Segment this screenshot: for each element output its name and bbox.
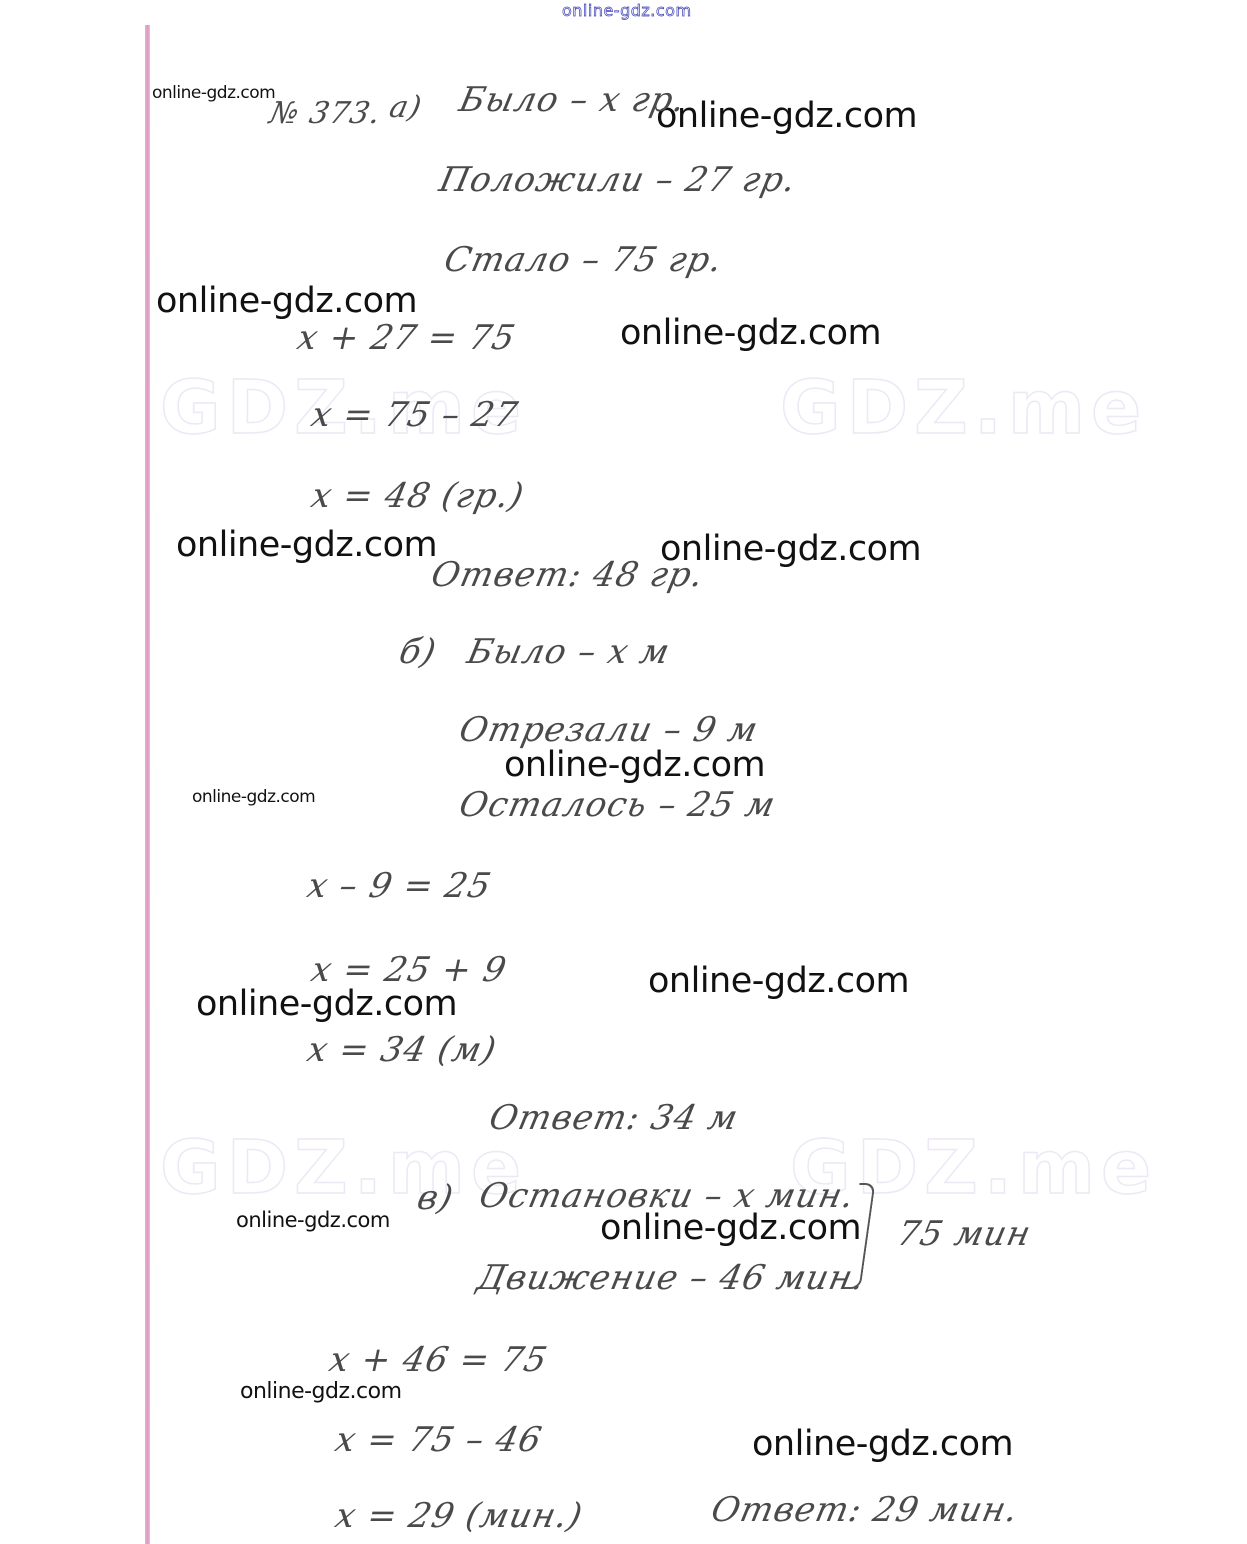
part-c-line: Движение – 46 мин. — [474, 1258, 869, 1298]
part-a-equation: x = 75 – 27 — [308, 395, 522, 435]
part-a-line: Было – x гр. — [456, 80, 690, 120]
watermark: online-gdz.com — [176, 525, 437, 565]
part-c-line: Остановки – x мин. — [476, 1176, 859, 1216]
part-c-equation: x = 75 – 46 — [332, 1420, 546, 1460]
part-a-label: а) — [386, 90, 425, 125]
part-c-answer: Ответ: 29 мин. — [708, 1490, 1022, 1530]
part-b-answer: Ответ: 34 м — [486, 1098, 742, 1138]
watermark: online-gdz.com — [504, 745, 765, 785]
part-c-equation: x = 29 (мин.) — [332, 1496, 587, 1536]
part-a-answer: Ответ: 48 гр. — [428, 555, 708, 595]
top-watermark: online-gdz.com — [562, 1, 692, 20]
part-a-line: Стало – 75 гр. — [441, 240, 727, 280]
part-b-equation: x = 25 + 9 — [308, 950, 511, 990]
watermark: online-gdz.com — [620, 313, 881, 353]
part-b-label: б) — [396, 632, 441, 672]
notebook-margin-line — [145, 25, 150, 1544]
part-b-line: Отрезали – 9 м — [456, 710, 762, 750]
watermark: online-gdz.com — [196, 984, 457, 1024]
watermark: online-gdz.com — [752, 1424, 1013, 1464]
watermark: online-gdz.com — [156, 281, 417, 321]
part-c-label: в) — [414, 1178, 458, 1218]
watermark: online-gdz.com — [236, 1208, 390, 1232]
part-a-equation: x + 27 = 75 — [294, 318, 519, 358]
watermark: online-gdz.com — [240, 1379, 402, 1404]
part-b-equation: x – 9 = 25 — [304, 866, 495, 906]
problem-number: № 373. — [266, 96, 384, 131]
watermark: online-gdz.com — [192, 787, 315, 807]
part-b-equation: x = 34 (м) — [304, 1030, 501, 1070]
watermark: online-gdz.com — [648, 961, 909, 1001]
part-c-equation: x + 46 = 75 — [326, 1340, 551, 1380]
background-watermark: GDZ.me — [780, 365, 1147, 451]
watermark: online-gdz.com — [656, 96, 917, 136]
part-b-line: Осталось – 25 м — [456, 785, 779, 825]
part-a-line: Положили – 27 гр. — [436, 160, 800, 200]
watermark: online-gdz.com — [152, 83, 275, 103]
background-watermark: GDZ.me — [160, 1125, 527, 1211]
part-c-total: 75 мин — [894, 1214, 1035, 1254]
part-b-line: Было – x м — [464, 632, 674, 672]
part-a-equation: x = 48 (гр.) — [308, 476, 528, 516]
